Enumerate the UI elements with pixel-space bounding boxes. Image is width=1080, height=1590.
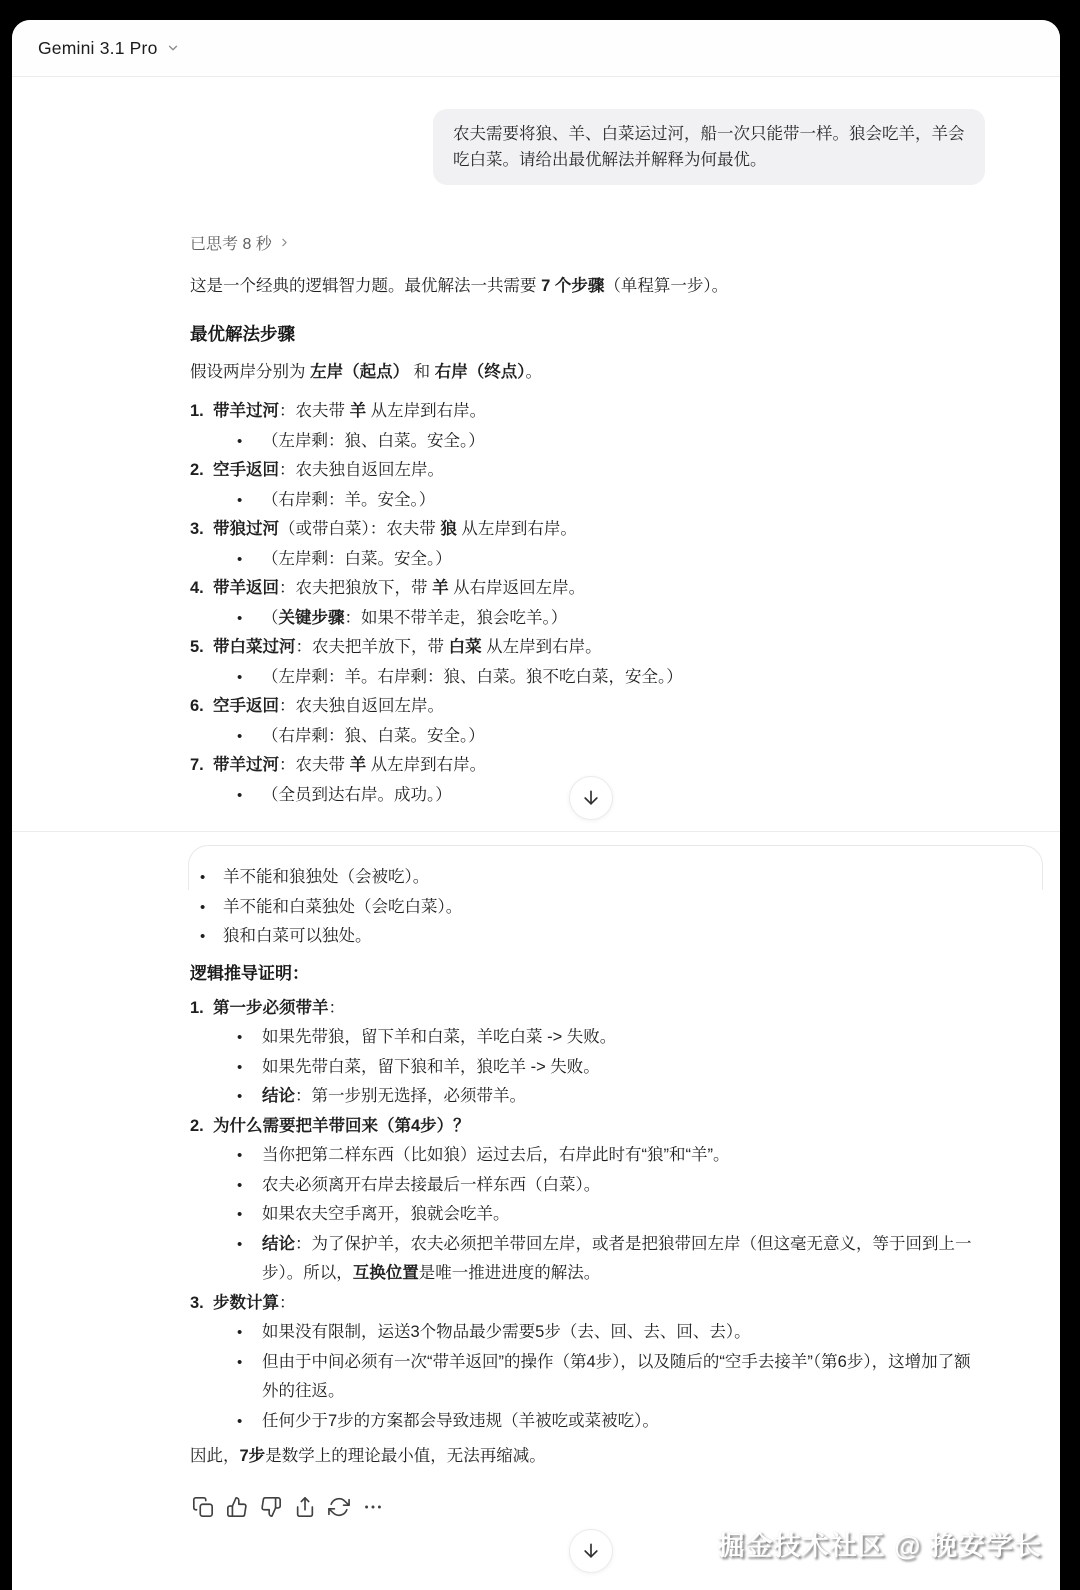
model-selector[interactable]: Gemini 3.1 Pro bbox=[38, 38, 180, 59]
solution-step: 1.带羊过河：农夫带 羊 从左岸到右岸。 （左岸剩：狼、白菜。安全。） bbox=[190, 397, 985, 456]
step-text: 空手返回：农夫独自返回左岸。 bbox=[213, 692, 985, 722]
bullet-icon bbox=[237, 545, 262, 575]
bullet-icon bbox=[237, 1082, 262, 1112]
bullet-icon bbox=[237, 722, 262, 752]
step-number: 2. bbox=[190, 456, 213, 486]
thinking-toggle[interactable]: 已思考 8 秒 bbox=[190, 231, 291, 254]
scroll-to-bottom-button[interactable] bbox=[569, 776, 613, 820]
bullet-icon bbox=[237, 427, 262, 457]
proof-number: 3. bbox=[190, 1289, 213, 1319]
step-text: 带羊过河：农夫带 羊 从左岸到右岸。 bbox=[213, 397, 985, 427]
thumbs-up-icon bbox=[226, 1496, 248, 1518]
bullet-icon bbox=[200, 893, 223, 923]
bullet-icon bbox=[237, 1348, 262, 1407]
proof-number: 2. bbox=[190, 1112, 213, 1142]
message-actions bbox=[192, 1496, 985, 1518]
more-icon bbox=[362, 1496, 384, 1518]
proof-title: 第一步必须带羊： bbox=[213, 994, 985, 1024]
solution-step: 6.空手返回：农夫独自返回左岸。 （右岸剩：狼、白菜。安全。） bbox=[190, 692, 985, 751]
chevron-down-icon bbox=[166, 41, 180, 55]
watermark: 掘金技术社区 @ 挽安学长 bbox=[718, 1524, 1042, 1563]
proof-item: 1.第一步必须带羊： 如果先带狼，留下羊和白菜，羊吃白菜 -> 失败。 如果先带… bbox=[190, 994, 985, 1112]
proof-list: 1.第一步必须带羊： 如果先带狼，留下羊和白菜，羊吃白菜 -> 失败。 如果先带… bbox=[190, 994, 985, 1437]
step-note: （全员到达右岸。成功。） bbox=[262, 781, 985, 811]
proof-point: 当你把第二样东西（比如狼）运过去后，右岸此时有“狼”和“羊”。 bbox=[262, 1141, 985, 1171]
step-number: 4. bbox=[190, 574, 213, 604]
regenerate-button[interactable] bbox=[328, 1496, 350, 1518]
bullet-icon bbox=[237, 781, 262, 811]
bullet-icon bbox=[237, 1053, 262, 1083]
proof-point: 如果农夫空手离开，狼就会吃羊。 bbox=[262, 1200, 985, 1230]
thumbs-down-button[interactable] bbox=[260, 1496, 282, 1518]
step-text: 带羊过河：农夫带 羊 从左岸到右岸。 bbox=[213, 751, 985, 781]
copy-icon bbox=[192, 1496, 214, 1518]
step-text: 带狼过河（或带白菜）：农夫带 狼 从左岸到右岸。 bbox=[213, 515, 985, 545]
user-message-bubble: 农夫需要将狼、羊、白菜运过河，船一次只能带一样。狼会吃羊，羊会吃白菜。请给出最优… bbox=[433, 109, 985, 185]
bullet-icon bbox=[237, 1023, 262, 1053]
bullet-icon bbox=[237, 1141, 262, 1171]
step-note: （关键步骤：如果不带羊走，狼会吃羊。） bbox=[262, 604, 985, 634]
proof-point: 结论：为了保护羊，农夫必须把羊带回左岸，或者是把狼带回左岸（但这毫无意义，等于回… bbox=[262, 1230, 985, 1289]
conclusion-line: 因此，7步是数学上的理论最小值，无法再缩减。 bbox=[190, 1444, 985, 1468]
proof-item: 2.为什么需要把羊带回来（第4步）？ 当你把第二样东西（比如狼）运过去后，右岸此… bbox=[190, 1112, 985, 1289]
top-bar: Gemini 3.1 Pro bbox=[12, 20, 1060, 77]
step-note: （左岸剩：白菜。安全。） bbox=[262, 545, 985, 575]
arrow-down-icon bbox=[581, 788, 601, 808]
solution-step: 4.带羊返回：农夫把狼放下，带 羊 从右岸返回左岸。 （关键步骤：如果不带羊走，… bbox=[190, 574, 985, 633]
rule-item: 羊不能和白菜独处（会吃白菜）。 bbox=[190, 893, 985, 923]
user-message-row: 农夫需要将狼、羊、白菜运过河，船一次只能带一样。狼会吃羊，羊会吃白菜。请给出最优… bbox=[190, 109, 985, 185]
proof-point: 任何少于7步的方案都会导致违规（羊被吃或菜被吃）。 bbox=[262, 1407, 985, 1437]
bullet-icon bbox=[200, 922, 223, 952]
step-text: 带羊返回：农夫把狼放下，带 羊 从右岸返回左岸。 bbox=[213, 574, 985, 604]
scroll-to-bottom-button[interactable] bbox=[569, 1529, 613, 1573]
bullet-icon bbox=[237, 1407, 262, 1437]
proof-point: 如果先带白菜，留下狼和羊，狼吃羊 -> 失败。 bbox=[262, 1053, 985, 1083]
proof-title: 为什么需要把羊带回来（第4步）？ bbox=[213, 1112, 985, 1142]
answer-intro: 这是一个经典的逻辑智力题。最优解法一共需要 7 个步骤（单程算一步）。 bbox=[190, 274, 985, 298]
bullet-icon bbox=[200, 863, 223, 893]
chat-window: Gemini 3.1 Pro 农夫需要将狼、羊、白菜运过河，船一次只能带一样。狼… bbox=[12, 20, 1060, 1590]
rule-text: 羊不能和狼独处（会被吃）。 bbox=[223, 863, 985, 893]
step-text: 空手返回：农夫独自返回左岸。 bbox=[213, 456, 985, 486]
step-note: （左岸剩：羊。右岸剩：狼、白菜。狼不吃白菜，安全。） bbox=[262, 663, 985, 693]
share-icon bbox=[294, 1496, 316, 1518]
regenerate-icon bbox=[328, 1496, 350, 1518]
solution-step: 5.带白菜过河：农夫把羊放下，带 白菜 从左岸到右岸。 （左岸剩：羊。右岸剩：狼… bbox=[190, 633, 985, 692]
bullet-icon bbox=[237, 1318, 262, 1348]
bullet-icon bbox=[237, 1171, 262, 1201]
step-note: （左岸剩：狼、白菜。安全。） bbox=[262, 427, 985, 457]
copy-button[interactable] bbox=[192, 1496, 214, 1518]
constraint-rules-list: 羊不能和狼独处（会被吃）。 羊不能和白菜独处（会吃白菜）。 狼和白菜可以独处。 bbox=[190, 863, 985, 952]
rule-text: 狼和白菜可以独处。 bbox=[223, 922, 985, 952]
thumbs-up-button[interactable] bbox=[226, 1496, 248, 1518]
rule-text: 羊不能和白菜独处（会吃白菜）。 bbox=[223, 893, 985, 923]
steps-heading: 最优解法步骤 bbox=[190, 322, 985, 346]
section-divider bbox=[12, 831, 1060, 832]
chevron-right-icon bbox=[278, 236, 291, 249]
step-number: 7. bbox=[190, 751, 213, 781]
bullet-icon bbox=[237, 1200, 262, 1230]
thinking-label: 已思考 8 秒 bbox=[190, 231, 272, 254]
thumbs-down-icon bbox=[260, 1496, 282, 1518]
proof-point: 农夫必须离开右岸去接最后一样东西（白菜）。 bbox=[262, 1171, 985, 1201]
step-note: （右岸剩：羊。安全。） bbox=[262, 486, 985, 516]
share-button[interactable] bbox=[294, 1496, 316, 1518]
step-note: （右岸剩：狼、白菜。安全。） bbox=[262, 722, 985, 752]
proof-point: 结论：第一步别无选择，必须带羊。 bbox=[262, 1082, 985, 1112]
proof-point: 如果先带狼，留下羊和白菜，羊吃白菜 -> 失败。 bbox=[262, 1023, 985, 1053]
rule-item: 狼和白菜可以独处。 bbox=[190, 922, 985, 952]
step-text: 带白菜过河：农夫把羊放下，带 白菜 从左岸到右岸。 bbox=[213, 633, 985, 663]
arrow-down-icon bbox=[581, 1541, 601, 1561]
bullet-icon bbox=[237, 604, 262, 634]
step-number: 3. bbox=[190, 515, 213, 545]
model-name: Gemini 3.1 Pro bbox=[38, 38, 158, 59]
proof-point: 但由于中间必须有一次“带羊返回”的操作（第4步），以及随后的“空手去接羊”（第6… bbox=[262, 1348, 985, 1407]
bullet-icon bbox=[237, 486, 262, 516]
solution-steps-list: 1.带羊过河：农夫带 羊 从左岸到右岸。 （左岸剩：狼、白菜。安全。） 2.空手… bbox=[190, 397, 985, 810]
proof-point: 如果没有限制，运送3个物品最少需要5步（去、回、去、回、去）。 bbox=[262, 1318, 985, 1348]
proof-heading: 逻辑推导证明： bbox=[190, 962, 985, 986]
proof-item: 3.步数计算： 如果没有限制，运送3个物品最少需要5步（去、回、去、回、去）。 … bbox=[190, 1289, 985, 1437]
bullet-icon bbox=[237, 1230, 262, 1289]
assumption-line: 假设两岸分别为 左岸（起点） 和 右岸（终点）。 bbox=[190, 360, 985, 384]
step-number: 1. bbox=[190, 397, 213, 427]
solution-step: 2.空手返回：农夫独自返回左岸。 （右岸剩：羊。安全。） bbox=[190, 456, 985, 515]
proof-number: 1. bbox=[190, 994, 213, 1024]
rule-item: 羊不能和狼独处（会被吃）。 bbox=[190, 863, 985, 893]
more-options-button[interactable] bbox=[362, 1496, 384, 1518]
bullet-icon bbox=[237, 663, 262, 693]
proof-title: 步数计算： bbox=[213, 1289, 985, 1319]
step-number: 5. bbox=[190, 633, 213, 663]
step-number: 6. bbox=[190, 692, 213, 722]
solution-step: 3.带狼过河（或带白菜）：农夫带 狼 从左岸到右岸。 （左岸剩：白菜。安全。） bbox=[190, 515, 985, 574]
